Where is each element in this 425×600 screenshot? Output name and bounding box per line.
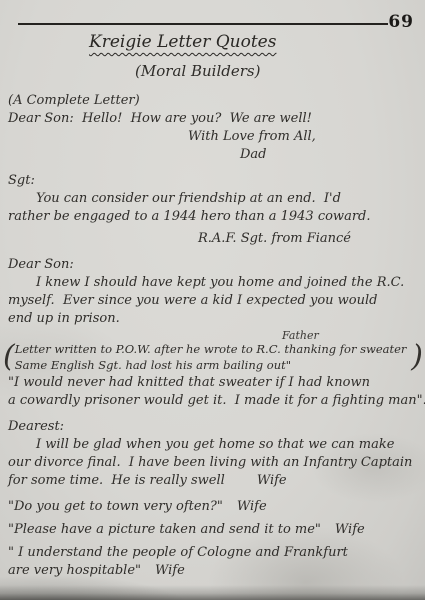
wife-quote-3-line2-text: are very hospitable" (8, 563, 141, 578)
page-number: 69 (388, 12, 414, 32)
wife-quote-3-attribution: Wife (155, 563, 185, 578)
wife-quote-1: "Do you get to town very often?"Wife (8, 498, 423, 516)
letter-father-line2: myself. Ever since you were a kid I expe… (8, 292, 423, 310)
editor-note: ( Letter written to P.O.W. after he wrot… (3, 340, 423, 374)
letter-dad-closing: With Love from All, (8, 128, 423, 146)
wife-quote-1-attribution: Wife (237, 499, 267, 514)
letter-dad-heading: (A Complete Letter) (8, 92, 423, 110)
wife-quote-3-text: " I understand the people of Cologne and… (8, 545, 348, 560)
letter-fiance-salutation: Sgt: (8, 172, 423, 190)
letter-fiance-attribution: R.A.F. Sgt. from Fiancé (8, 230, 423, 248)
letter-wife-line1: I will be glad when you get home so that… (8, 436, 423, 454)
scanned-page: 69 Kreigie Letter Quotes (Moral Builders… (0, 0, 425, 600)
note-lines: Letter written to P.O.W. after he wrote … (15, 341, 407, 373)
letter-father-line3: end up in prison. (8, 310, 423, 328)
letter-wife-attribution: Wife (257, 473, 287, 488)
wife-quote-1-text: "Do you get to town very often?" (8, 499, 223, 514)
letter-father-salutation: Dear Son: (8, 256, 423, 274)
letter-fiance-line1: You can consider our friendship at an en… (8, 190, 423, 208)
page-title: Kreigie Letter Quotes (89, 32, 276, 52)
letter-wife-salutation: Dearest: (8, 418, 423, 436)
letter-wife-line2: our divorce final. I have been living wi… (8, 454, 423, 472)
header-rule (18, 23, 388, 25)
wife-quote-3-line2: are very hospitable"Wife (8, 562, 423, 580)
page-subtitle: (Moral Builders) (0, 62, 366, 80)
title-block: Kreigie Letter Quotes (Moral Builders) (0, 32, 366, 80)
page-content: (A Complete Letter) Dear Son: Hello! How… (8, 92, 423, 580)
note-close-paren: ) (411, 340, 423, 374)
note-line1: Letter written to P.O.W. after he wrote … (15, 341, 407, 357)
letter-wife-line3-text: for some time. He is really swell (8, 473, 225, 488)
sweater-quote-line1: "I would never had knitted that sweater … (8, 374, 423, 392)
note-line2: Same English Sgt. had lost his arm baili… (15, 357, 407, 373)
letter-wife-line3: for some time. He is really swellWife (8, 472, 423, 490)
letter-father-line1: I knew I should have kept you home and j… (8, 274, 423, 292)
letter-fiance-line2: rather be engaged to a 1944 hero than a … (8, 208, 423, 226)
wife-quote-3-line1: " I understand the people of Cologne and… (8, 544, 423, 562)
wife-quote-2-text: "Please have a picture taken and send it… (8, 522, 321, 537)
letter-dad-body: Dear Son: Hello! How are you? We are wel… (8, 110, 423, 128)
wife-quote-2: "Please have a picture taken and send it… (8, 521, 423, 539)
sweater-quote-line2: a cowardly prisoner would get it. I made… (8, 392, 423, 410)
wife-quote-2-attribution: Wife (335, 522, 365, 537)
letter-dad-signature: Dad (8, 146, 423, 164)
note-open-paren: ( (3, 340, 15, 374)
